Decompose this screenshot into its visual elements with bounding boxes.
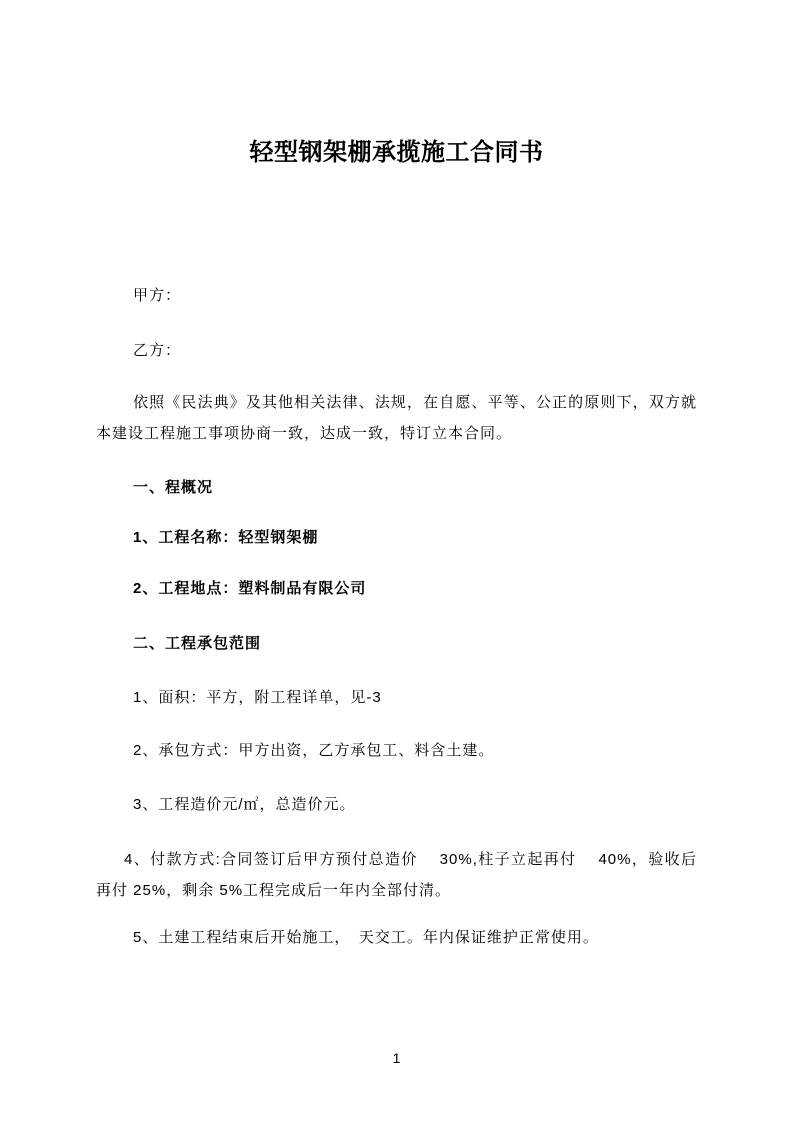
section-1-heading: 一、程概况 [96,472,697,503]
section-2-item-area: 1、面积：平方，附工程详单，见-3 [96,682,697,713]
page-number: 1 [0,1047,793,1069]
document-title: 轻型钢架棚承揽施工合同书 [0,138,793,168]
section-1-item-project-location: 2、工程地点：塑料制品有限公司 [96,573,697,604]
intro-paragraph: 依照《民法典》及其他相关法律、法规，在自愿、平等、公正的原则下，双方就本建设工程… [96,387,697,449]
section-1-item-project-name: 1、工程名称：轻型钢架棚 [96,522,697,553]
section-2-heading: 二、工程承包范围 [96,628,697,659]
contract-document-page: 轻型钢架棚承揽施工合同书 甲方： 乙方： 依照《民法典》及其他相关法律、法规，在… [0,0,793,1122]
section-2-item-payment-terms: 4、付款方式:合同签订后甲方预付总造价 30%,柱子立起再付 40%，验收后再付… [96,844,697,906]
section-2-item-project-cost: 3、工程造价元/㎡，总造价元。 [96,789,697,820]
party-b-line: 乙方： [96,335,697,366]
section-2-item-contract-method: 2、承包方式：甲方出资，乙方承包工、料含土建。 [96,735,697,766]
section-2-item-schedule-warranty: 5、土建工程结束后开始施工， 天交工。年内保证维护正常使用。 [96,922,697,953]
party-a-line: 甲方： [96,280,697,311]
